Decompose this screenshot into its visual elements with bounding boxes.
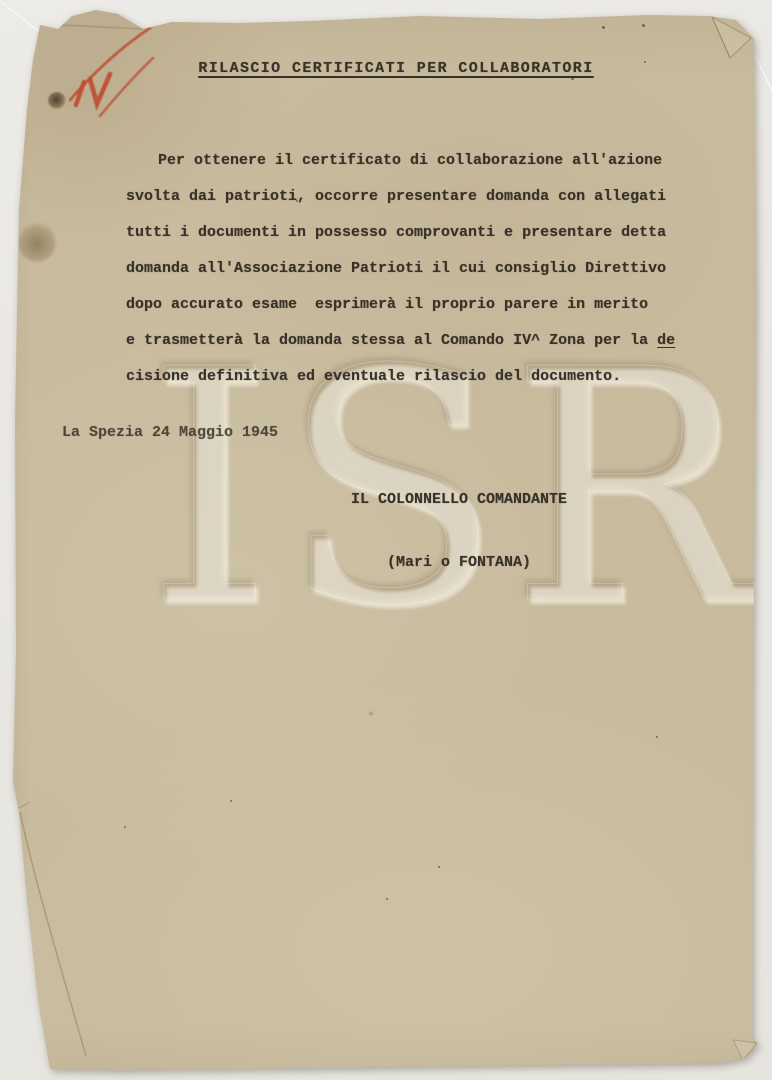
scanner-background: ISR RILASCIO CERTIFICATI PER COLLABORATO… xyxy=(0,0,772,1080)
document-page: ISR RILASCIO CERTIFICATI PER COLLABORATO… xyxy=(0,0,772,1080)
red-iv-annotation xyxy=(0,0,772,1080)
document-page-wrap: ISR RILASCIO CERTIFICATI PER COLLABORATO… xyxy=(0,0,772,1080)
